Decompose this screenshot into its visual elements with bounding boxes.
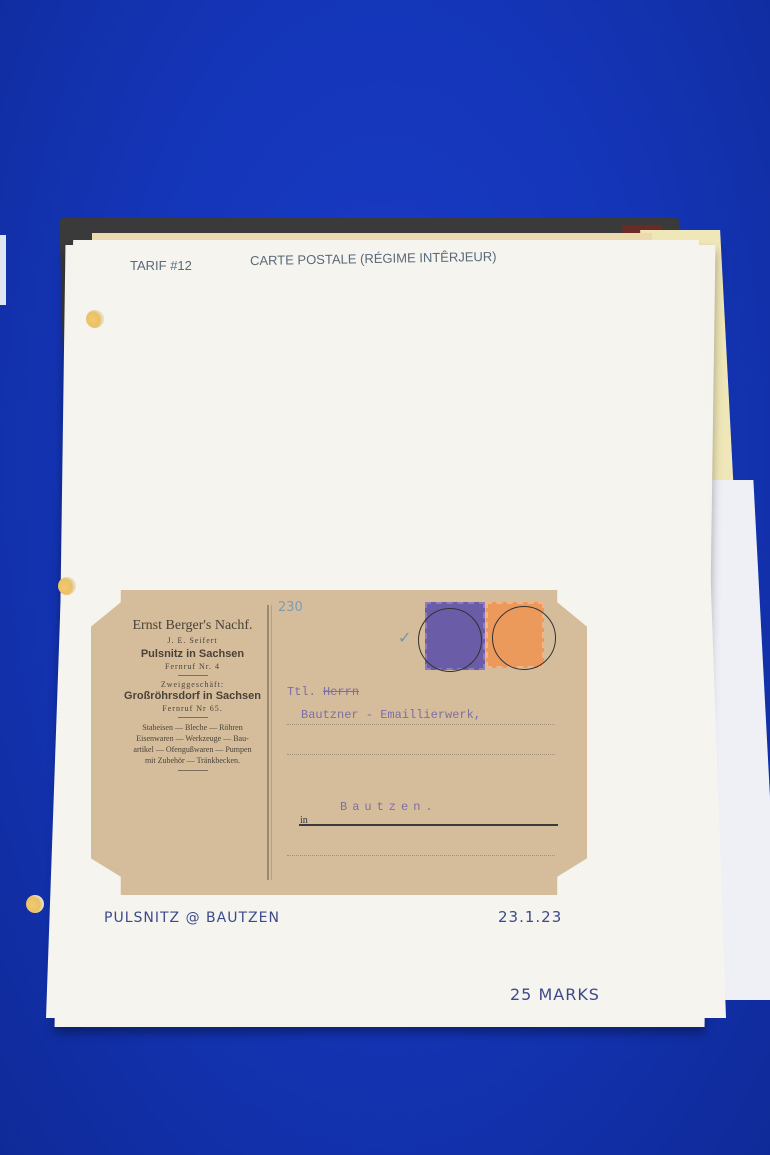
punch-hole-icon (26, 895, 44, 913)
sender-phone: Fernruf Nr. 4 (110, 662, 275, 671)
rate-note: 25 MARKS (510, 985, 600, 1004)
tarif-label: TARIF #12 (130, 258, 192, 273)
address-salutation: Ttl. Herrn (287, 685, 359, 699)
address-line (287, 754, 555, 755)
address-line (287, 855, 555, 856)
divider (178, 770, 208, 771)
address-underline (299, 824, 558, 826)
address-city: Bautzen. (340, 800, 438, 814)
pencil-note: 230 (278, 600, 303, 615)
sender-city: Pulsnitz in Sachsen (110, 648, 275, 660)
product-list: Stabeisen — Bleche — Röhren Eisenwaren —… (110, 722, 275, 766)
postmark-icon (418, 608, 482, 672)
address-recipient: Bautzner - Emaillierwerk, (301, 708, 481, 722)
postmark-icon (492, 606, 556, 670)
route-note: PULSNITZ @ BAUTZEN (104, 910, 280, 926)
branch-phone: Fernruf Nr 65. (110, 704, 275, 713)
adjacent-sheet-edge (0, 235, 6, 305)
sender-firm: Ernst Berger's Nachf. (110, 618, 275, 634)
sender-block: Ernst Berger's Nachf. J. E. Seifert Puls… (110, 618, 275, 775)
punch-hole-icon (86, 310, 104, 328)
divider (178, 717, 208, 718)
branch-label: Zweiggeschäft: (110, 680, 275, 689)
address-line (287, 724, 555, 725)
punch-hole-icon (58, 577, 76, 595)
divider (178, 675, 208, 676)
sender-owner: J. E. Seifert (110, 636, 275, 645)
date-note: 23.1.23 (498, 908, 562, 926)
struck-title: Herrn (323, 685, 359, 699)
checkmark-icon: ✓ (398, 628, 411, 648)
branch-city: Großröhrsdorf in Sachsen (110, 690, 275, 702)
